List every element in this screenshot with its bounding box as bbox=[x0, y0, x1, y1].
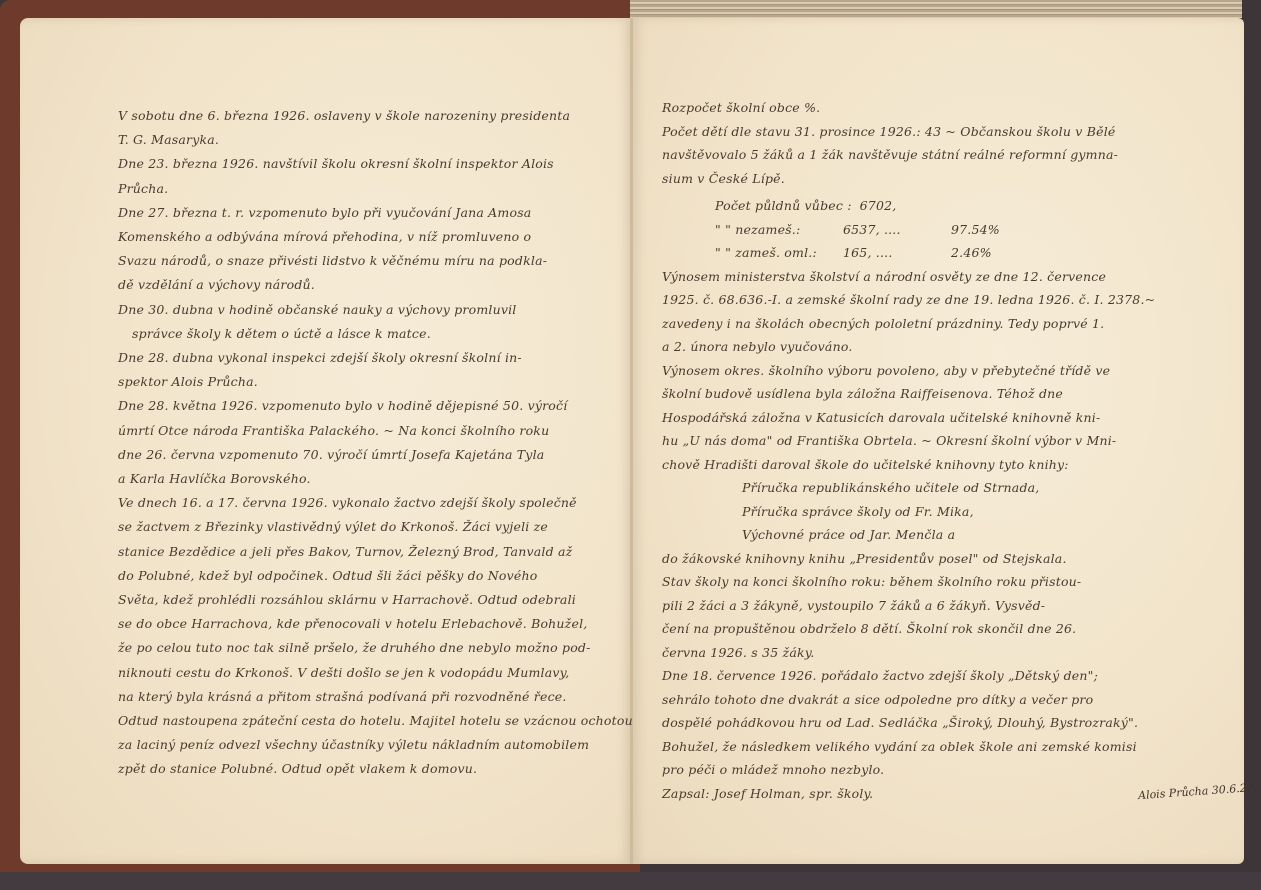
handwritten-line: Výnosem ministerstva školství a národní … bbox=[662, 269, 1106, 284]
handwritten-line: na který byla krásná a přitom strašná po… bbox=[118, 689, 567, 704]
handwritten-line: června 1926. s 35 žáky. bbox=[662, 645, 815, 660]
handwritten-line: zavedeny i na školách obecných pololetní… bbox=[662, 316, 1104, 331]
handwritten-line: dě vzdělání a výchovy národů. bbox=[118, 277, 315, 292]
stat-percent: 97.54% bbox=[951, 222, 1011, 237]
handwritten-line: do Polubné, kdež byl odpočinek. Odtud šl… bbox=[118, 568, 537, 583]
handwritten-line: zpět do stanice Polubné. Odtud opět vlak… bbox=[118, 761, 477, 776]
handwritten-line: se žactvem z Březinky vlastivědný výlet … bbox=[118, 519, 548, 534]
handwritten-line: Dne 30. dubna v hodině občanské nauky a … bbox=[118, 302, 517, 317]
handwritten-line: Světa, kdež prohlédli rozsáhlou sklárnu … bbox=[118, 592, 576, 607]
background bbox=[0, 872, 1261, 890]
handwritten-line: školní budově usídlena byla záložna Raif… bbox=[662, 386, 1063, 401]
handwritten-line: Komenského a odbývána mírová přehodina, … bbox=[118, 229, 531, 244]
handwritten-line: Odtud nastoupena zpáteční cesta do hotel… bbox=[118, 713, 633, 728]
handwritten-line: V sobotu dne 6. března 1926. oslaveny v … bbox=[118, 108, 570, 123]
handwritten-line: Zapsal: Josef Holman, spr. školy. bbox=[662, 786, 873, 801]
handwritten-line: 1925. č. 68.636.-I. a zemské školní rady… bbox=[662, 292, 1155, 307]
handwritten-line: Hospodářská záložna v Katusicích daroval… bbox=[662, 410, 1100, 425]
book-gutter bbox=[630, 18, 633, 864]
handwritten-line: Počet dětí dle stavu 31. prosince 1926.:… bbox=[662, 124, 1116, 139]
handwritten-line: správce školy k dětem o úctě a lásce k m… bbox=[132, 326, 431, 341]
stat-row: " " zameš. oml.:165, ....2.46% bbox=[715, 245, 1019, 260]
stat-label: " " nezameš.: bbox=[715, 222, 835, 237]
handwritten-line: Dne 28. dubna vykonal inspekci zdejší šk… bbox=[118, 350, 522, 365]
handwritten-line: stanice Bezdědice a jeli přes Bakov, Tur… bbox=[118, 544, 572, 559]
page-edges bbox=[630, 0, 1242, 18]
handwritten-line: úmrtí Otce národa Františka Palackého. ~… bbox=[118, 423, 549, 438]
handwritten-line: hu „U nás doma" od Františka Obrtela. ~ … bbox=[662, 433, 1116, 448]
stat-label: Počet půldnů vůbec : bbox=[715, 198, 852, 213]
handwritten-line: za laciný peníz odvezl všechny účastníky… bbox=[118, 737, 589, 752]
handwritten-line: dospělé pohádkovou hru od Lad. Sedláčka … bbox=[662, 715, 1138, 730]
handwritten-line: do žákovské knihovny knihu „Presidentův … bbox=[662, 551, 1067, 566]
handwritten-line: Stav školy na konci školního roku: během… bbox=[662, 574, 1081, 589]
handwritten-line: chově Hradišti daroval škole do učitelsk… bbox=[662, 457, 1069, 472]
stat-value: 6702, bbox=[860, 198, 960, 213]
handwritten-line: a Karla Havlíčka Borovského. bbox=[118, 471, 311, 486]
handwritten-line: Výnosem okres. školního výboru povoleno,… bbox=[662, 363, 1110, 378]
stat-value: 165, .... bbox=[843, 245, 943, 260]
handwritten-line: niknouti cestu do Krkonoš. V dešti došlo… bbox=[118, 665, 569, 680]
handwritten-line: a 2. února nebylo vyučováno. bbox=[662, 339, 853, 354]
handwritten-line: Příručka správce školy od Fr. Mika, bbox=[742, 504, 974, 519]
handwritten-line: pro péči o mládež mnoho nezbylo. bbox=[662, 762, 884, 777]
handwritten-line: pili 2 žáci a 3 žákyně, vystoupilo 7 žák… bbox=[662, 598, 1045, 613]
stat-row: " " nezameš.:6537, ....97.54% bbox=[715, 222, 1019, 237]
handwritten-line: Výchovné práce od Jar. Menčla a bbox=[742, 527, 955, 542]
stat-value: 6537, .... bbox=[843, 222, 943, 237]
handwritten-line: Dne 27. března t. r. vzpomenuto bylo při… bbox=[118, 205, 531, 220]
stat-percent: 2.46% bbox=[951, 245, 1011, 260]
handwritten-line: Ve dnech 16. a 17. června 1926. vykonalo… bbox=[118, 495, 577, 510]
handwritten-line: Rozpočet školní obce %. bbox=[662, 100, 820, 115]
handwritten-line: Svazu národů, o snaze přivésti lidstvo k… bbox=[118, 253, 547, 268]
handwritten-line: se do obce Harrachova, kde přenocovali v… bbox=[118, 616, 587, 631]
stat-row: Počet půldnů vůbec :6702, bbox=[715, 198, 1036, 213]
handwritten-line: čení na propuštěnou obdrželo 8 dětí. Ško… bbox=[662, 621, 1076, 636]
handwritten-line: Dne 23. března 1926. navštívil školu okr… bbox=[118, 156, 554, 171]
handwritten-line: že po celou tuto noc tak silně pršelo, ž… bbox=[118, 640, 591, 655]
handwritten-line: Dne 18. července 1926. pořádalo žactvo z… bbox=[662, 668, 1098, 683]
stat-label: " " zameš. oml.: bbox=[715, 245, 835, 260]
handwritten-line: Průcha. bbox=[118, 181, 168, 196]
handwritten-line: spektor Alois Průcha. bbox=[118, 374, 258, 389]
handwritten-line: Dne 28. května 1926. vzpomenuto bylo v h… bbox=[118, 398, 567, 413]
handwritten-line: sehrálo tohoto dne dvakrát a sice odpole… bbox=[662, 692, 1093, 707]
handwritten-line: navštěvovalo 5 žáků a 1 žák navštěvuje s… bbox=[662, 147, 1118, 162]
handwritten-line: T. G. Masaryka. bbox=[118, 132, 219, 147]
handwritten-line: dne 26. června vzpomenuto 70. výročí úmr… bbox=[118, 447, 544, 462]
handwritten-line: Příručka republikánského učitele od Strn… bbox=[742, 480, 1039, 495]
handwritten-line: Bohužel, že následkem velikého vydání za… bbox=[662, 739, 1137, 754]
handwritten-line: sium v České Lípě. bbox=[662, 171, 785, 186]
